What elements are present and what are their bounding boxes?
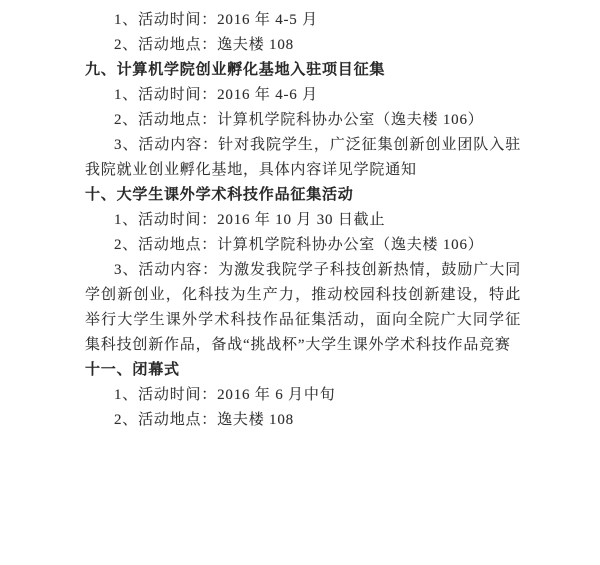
document-page: 1、活动时间：2016 年 4-5 月 2、活动地点：逸夫楼 108 九、计算机… [0,0,600,565]
activity-place-line: 2、活动地点：逸夫楼 108 [85,33,521,58]
activity-place-line: 2、活动地点：逸夫楼 108 [85,408,521,433]
activity-time-line: 1、活动时间：2016 年 4-5 月 [85,8,521,33]
activity-content-line: 3、活动内容：为激发我院学子科技创新热情，鼓励广大同学创新创业，化科技为生产力，… [85,258,521,358]
section-heading-eleven: 十一、闭幕式 [85,358,521,383]
activity-time-line: 1、活动时间：2016 年 6 月中旬 [85,383,521,408]
activity-time-line: 1、活动时间：2016 年 4-6 月 [85,83,521,108]
section-heading-ten: 十、大学生课外学术科技作品征集活动 [85,183,521,208]
activity-place-line: 2、活动地点：计算机学院科协办公室（逸夫楼 106） [85,233,521,258]
section-heading-nine: 九、计算机学院创业孵化基地入驻项目征集 [85,58,521,83]
activity-place-line: 2、活动地点：计算机学院科协办公室（逸夫楼 106） [85,108,521,133]
activity-time-line: 1、活动时间：2016 年 10 月 30 日截止 [85,208,521,233]
document-text-block: 1、活动时间：2016 年 4-5 月 2、活动地点：逸夫楼 108 九、计算机… [85,8,521,433]
activity-content-line: 3、活动内容：针对我院学生，广泛征集创新创业团队入驻我院就业创业孵化基地，具体内… [85,133,521,183]
